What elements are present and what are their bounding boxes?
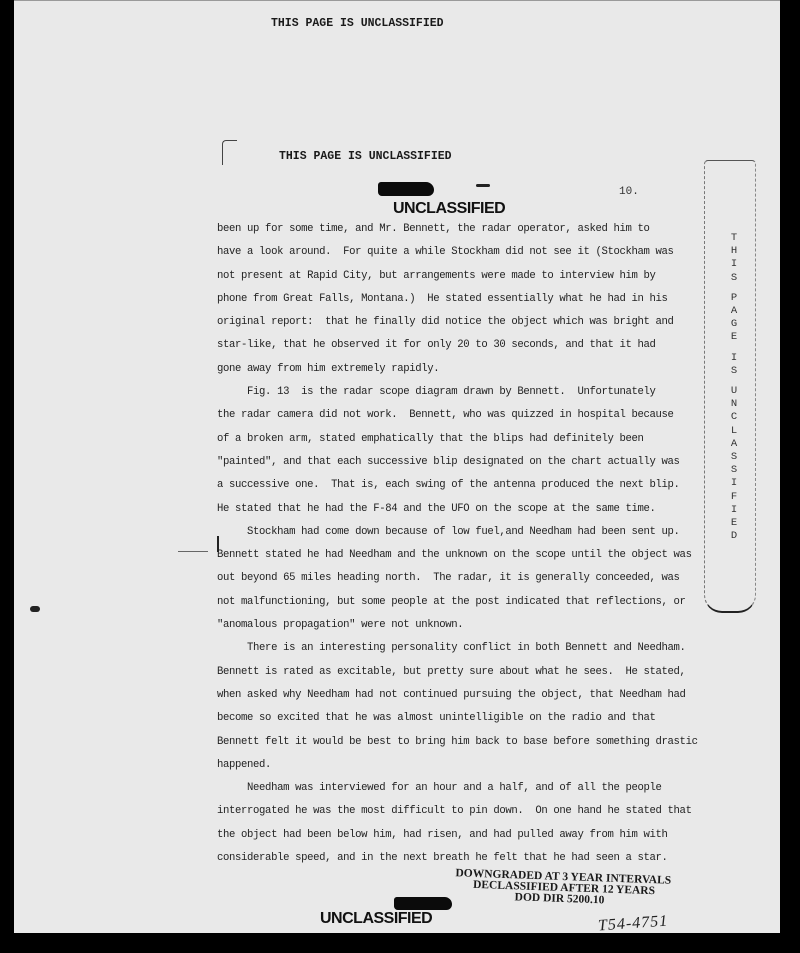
document-body: been up for some time, and Mr. Bennett, … xyxy=(217,218,677,870)
margin-bar xyxy=(217,536,219,552)
side-classification-stamp: THIS PAGE IS UNCLASSIFIED xyxy=(728,232,740,543)
classification-stamp-top: UNCLASSIFIED xyxy=(393,200,505,218)
corner-mark xyxy=(222,140,237,165)
paragraph-1: been up for some time, and Mr. Bennett, … xyxy=(217,218,677,381)
redaction-bar-top xyxy=(378,182,434,196)
classification-stamp-bottom: UNCLASSIFIED xyxy=(320,910,432,928)
paragraph-2: Fig. 13 is the radar scope diagram drawn… xyxy=(217,381,677,521)
top-edge-rule xyxy=(14,0,780,1)
header-stamp-second: THIS PAGE IS UNCLASSIFIED xyxy=(279,150,452,163)
paragraph-3: Stockham had come down because of low fu… xyxy=(217,521,677,637)
redaction-bar-bottom xyxy=(394,897,452,910)
ink-mark xyxy=(476,184,490,187)
paragraph-5: Needham was interviewed for an hour and … xyxy=(217,777,677,870)
header-stamp-top: THIS PAGE IS UNCLASSIFIED xyxy=(271,17,444,30)
page-number: 10. xyxy=(619,186,639,198)
margin-line xyxy=(178,551,208,552)
margin-arrow-mark xyxy=(30,606,40,612)
paragraph-4: There is an interesting personality conf… xyxy=(217,637,677,777)
